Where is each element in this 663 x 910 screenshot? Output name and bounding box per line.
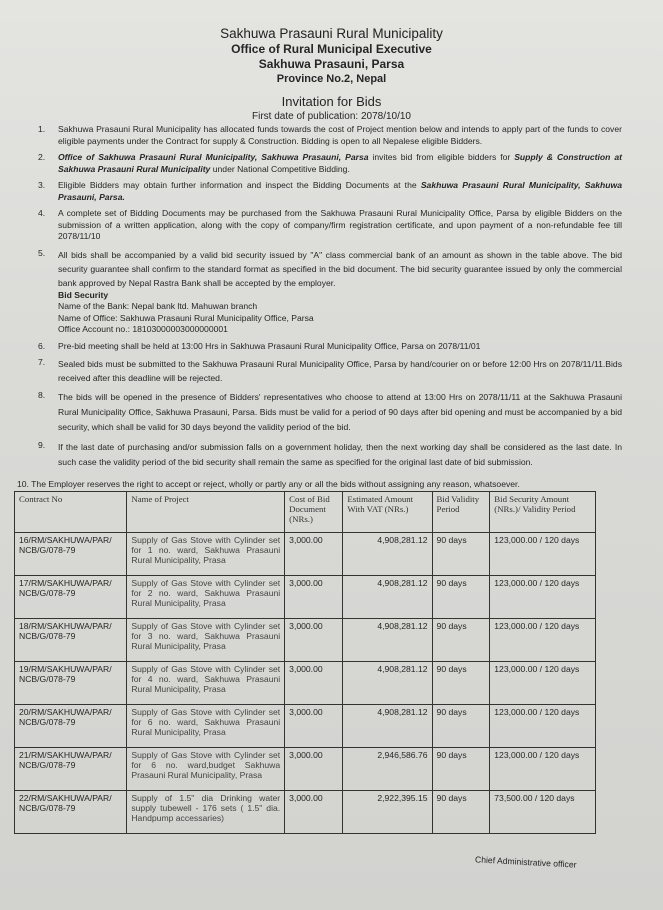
bid-doc-cost-cell: 3,000.00 bbox=[285, 619, 343, 662]
clause-3: 3. Eligible Bidders may obtain further i… bbox=[30, 180, 622, 203]
municipality-name: Sakhuwa Prasauni Rural Municipality bbox=[0, 25, 663, 42]
header-security: Bid Security Amount (NRs.)/ Validity Per… bbox=[490, 492, 596, 533]
clause-7: 7. Sealed bids must be submitted to the … bbox=[30, 357, 622, 385]
header-estimate: Estimated Amount With VAT (NRs.) bbox=[343, 492, 432, 533]
bid-validity-cell: 90 days bbox=[432, 791, 490, 834]
estimated-amount-cell: 4,908,281.12 bbox=[343, 662, 432, 705]
estimated-amount-cell: 2,946,586.76 bbox=[343, 748, 432, 791]
table-row: 16/RM/SAKHUWA/PAR/ NCB/G/078-79Supply of… bbox=[15, 533, 596, 576]
office-place: Sakhuwa Prasauni, Parsa bbox=[0, 57, 663, 72]
estimated-amount-cell: 4,908,281.12 bbox=[343, 705, 432, 748]
project-name-cell: Supply of Gas Stove with Cylinder set fo… bbox=[127, 533, 285, 576]
clause-10: 10. The Employer reserves the right to a… bbox=[17, 479, 520, 489]
table-row: 19/RM/SAKHUWA/PAR/ NCB/G/078-79Supply of… bbox=[15, 662, 596, 705]
contract-no-cell: 20/RM/SAKHUWA/PAR/ NCB/G/078-79 bbox=[15, 705, 127, 748]
signatory-title: Chief Administrative officer bbox=[475, 854, 577, 869]
notice-title: Invitation for Bids bbox=[0, 93, 663, 110]
bid-doc-cost-cell: 3,000.00 bbox=[285, 748, 343, 791]
clause-2: 2. Office of Sakhuwa Prasauni Rural Muni… bbox=[30, 152, 622, 175]
clause-5: 5. All bids shall be accompanied by a va… bbox=[30, 248, 622, 336]
bid-doc-cost-cell: 3,000.00 bbox=[285, 533, 343, 576]
bid-validity-cell: 90 days bbox=[432, 533, 490, 576]
contract-no-cell: 18/RM/SAKHUWA/PAR/ NCB/G/078-79 bbox=[15, 619, 127, 662]
estimated-amount-cell: 4,908,281.12 bbox=[343, 576, 432, 619]
header-validity: Bid Validity Period bbox=[432, 492, 490, 533]
project-name-cell: Supply of Gas Stove with Cylinder set fo… bbox=[127, 748, 285, 791]
bid-doc-cost-cell: 3,000.00 bbox=[285, 705, 343, 748]
bid-security-cell: 123,000.00 / 120 days bbox=[490, 576, 596, 619]
clause-4: 4. A complete set of Bidding Documents m… bbox=[30, 208, 622, 243]
office-name: Office of Rural Municipal Executive bbox=[0, 42, 663, 57]
estimated-amount-cell: 4,908,281.12 bbox=[343, 619, 432, 662]
project-name-cell: Supply of Gas Stove with Cylinder set fo… bbox=[127, 705, 285, 748]
header-cost: Cost of Bid Document (NRs.) bbox=[285, 492, 343, 533]
bid-doc-cost-cell: 3,000.00 bbox=[285, 576, 343, 619]
contract-no-cell: 21/RM/SAKHUWA/PAR/ NCB/G/078-79 bbox=[15, 748, 127, 791]
project-name-cell: Supply of Gas Stove with Cylinder set fo… bbox=[127, 662, 285, 705]
bid-validity-cell: 90 days bbox=[432, 662, 490, 705]
table-row: 17/RM/SAKHUWA/PAR/ NCB/G/078-79Supply of… bbox=[15, 576, 596, 619]
province: Province No.2, Nepal bbox=[0, 72, 663, 86]
contract-no-cell: 19/RM/SAKHUWA/PAR/ NCB/G/078-79 bbox=[15, 662, 127, 705]
notice-header: Sakhuwa Prasauni Rural Municipality Offi… bbox=[0, 25, 663, 123]
header-contract-no: Contract No bbox=[15, 492, 127, 533]
bid-validity-cell: 90 days bbox=[432, 619, 490, 662]
bid-doc-cost-cell: 3,000.00 bbox=[285, 662, 343, 705]
table-header-row: Contract No Name of Project Cost of Bid … bbox=[15, 492, 596, 533]
bid-security-cell: 123,000.00 / 120 days bbox=[490, 662, 596, 705]
estimated-amount-cell: 4,908,281.12 bbox=[343, 533, 432, 576]
clause-1: 1. Sakhuwa Prasauni Rural Municipality h… bbox=[30, 124, 622, 147]
table-row: 18/RM/SAKHUWA/PAR/ NCB/G/078-79Supply of… bbox=[15, 619, 596, 662]
bid-security-cell: 73,500.00 / 120 days bbox=[490, 791, 596, 834]
bid-validity-cell: 90 days bbox=[432, 576, 490, 619]
clause-8: 8. The bids will be opened in the presen… bbox=[30, 390, 622, 435]
bid-notice-page: Sakhuwa Prasauni Rural Municipality Offi… bbox=[0, 0, 663, 910]
project-name-cell: Supply of Gas Stove with Cylinder set fo… bbox=[127, 619, 285, 662]
notice-clauses: 1. Sakhuwa Prasauni Rural Municipality h… bbox=[30, 124, 622, 475]
project-name-cell: Supply of 1.5" dia Drinking water supply… bbox=[127, 791, 285, 834]
clause-6: 6. Pre-bid meeting shall be held at 13:0… bbox=[30, 341, 622, 353]
bids-table: Contract No Name of Project Cost of Bid … bbox=[14, 491, 596, 834]
bid-security-cell: 123,000.00 / 120 days bbox=[490, 533, 596, 576]
table-row: 20/RM/SAKHUWA/PAR/ NCB/G/078-79Supply of… bbox=[15, 705, 596, 748]
contract-no-cell: 22/RM/SAKHUWA/PAR/ NCB/G/078-79 bbox=[15, 791, 127, 834]
bid-security-cell: 123,000.00 / 120 days bbox=[490, 705, 596, 748]
project-name-cell: Supply of Gas Stove with Cylinder set fo… bbox=[127, 576, 285, 619]
table-row: 21/RM/SAKHUWA/PAR/ NCB/G/078-79Supply of… bbox=[15, 748, 596, 791]
contract-no-cell: 16/RM/SAKHUWA/PAR/ NCB/G/078-79 bbox=[15, 533, 127, 576]
header-project-name: Name of Project bbox=[127, 492, 285, 533]
bid-doc-cost-cell: 3,000.00 bbox=[285, 791, 343, 834]
contract-no-cell: 17/RM/SAKHUWA/PAR/ NCB/G/078-79 bbox=[15, 576, 127, 619]
table-row: 22/RM/SAKHUWA/PAR/ NCB/G/078-79Supply of… bbox=[15, 791, 596, 834]
bid-security-details: Bid Security Name of the Bank: Nepal ban… bbox=[58, 290, 622, 336]
estimated-amount-cell: 2,922,395.15 bbox=[343, 791, 432, 834]
bid-validity-cell: 90 days bbox=[432, 705, 490, 748]
bid-validity-cell: 90 days bbox=[432, 748, 490, 791]
clause-9: 9. If the last date of purchasing and/or… bbox=[30, 440, 622, 470]
bid-security-cell: 123,000.00 / 120 days bbox=[490, 619, 596, 662]
publication-date: First date of publication: 2078/10/10 bbox=[0, 110, 663, 123]
bid-security-cell: 123,000.00 / 120 days bbox=[490, 748, 596, 791]
